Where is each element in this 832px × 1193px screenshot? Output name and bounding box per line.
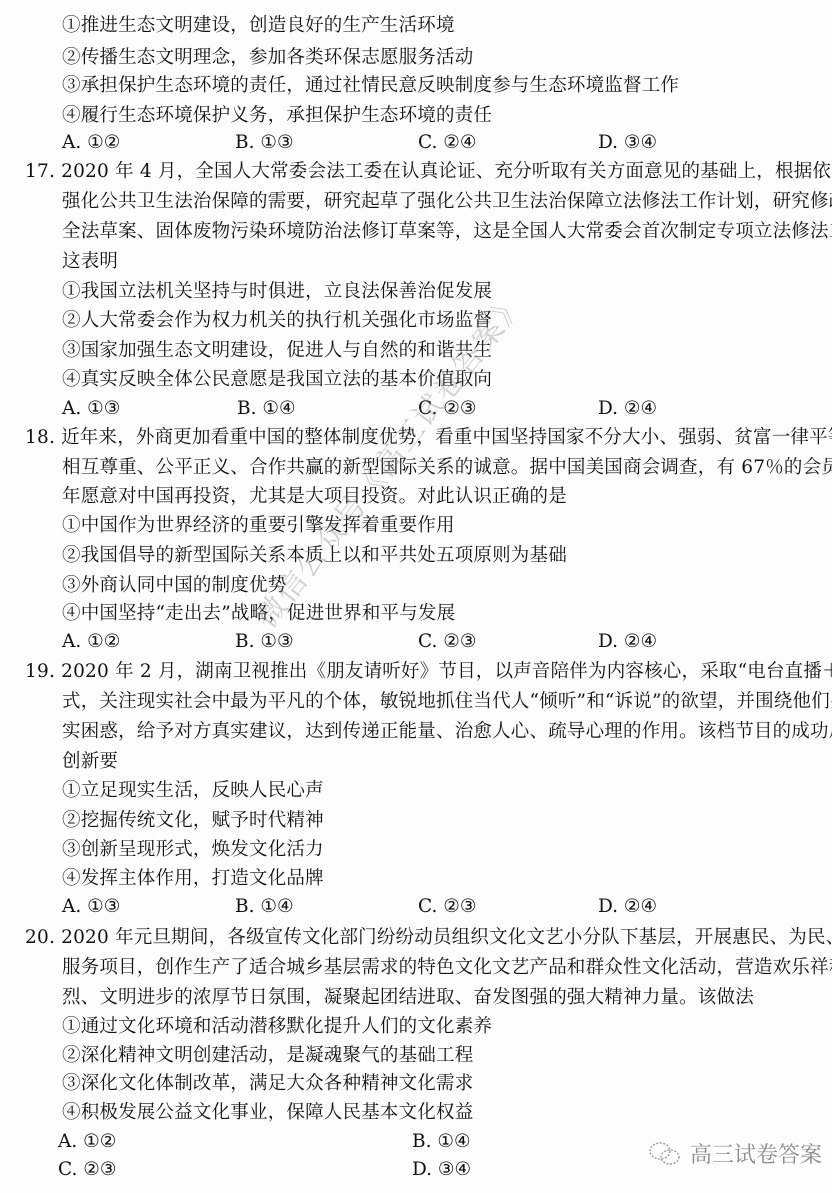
q19-option-4: ④发挥主体作用，打造文化品牌 — [62, 867, 324, 891]
q19-stem-line-1: 19. 2020 年 2 月，湖南卫视推出《朋友请听好》节目，以声音陪伴为内容核… — [25, 660, 832, 684]
q17-choice-b: B. ①④ — [237, 397, 296, 421]
q18-choice-a: A. ①② — [62, 630, 120, 654]
q20-choice-b: B. ①④ — [412, 1130, 471, 1154]
q18-choice-d: D. ②④ — [598, 630, 657, 654]
q16-choice-d: D. ③④ — [598, 131, 657, 155]
q17-choice-a: A. ①③ — [62, 397, 120, 421]
q18-option-1: ①中国作为世界经济的重要引擎发挥着重要作用 — [62, 514, 455, 538]
q19-choice-c: C. ②③ — [418, 895, 476, 919]
q20-stem-line-1: 20. 2020 年元旦期间，各级宣传文化部门纷纷动员组织文化文艺小分队下基层，… — [25, 926, 832, 950]
q20-choice-a: A. ①② — [58, 1130, 116, 1154]
q17-stem-line-3: 全法草案、固体废物污染环境防治法修订草案等，这是全国人大常委会首次制定专项立法修… — [62, 220, 832, 244]
q18-stem-line-2: 相互尊重、公平正义、合作共赢的新型国际关系的诚意。据中国美国商会调查，有 67％… — [62, 456, 832, 480]
q18-choice-b: B. ①③ — [235, 630, 294, 654]
q17-option-3: ③国家加强生态文明建设，促进人与自然的和谐共生 — [62, 339, 492, 363]
q16-option-4: ④履行生态环境保护义务，承担保护生态环境的责任 — [62, 104, 492, 128]
q16-choice-c: C. ②④ — [418, 131, 476, 155]
q19-option-1: ①立足现实生活，反映人民心声 — [62, 779, 324, 803]
q17-choice-d: D. ②④ — [598, 397, 657, 421]
q17-option-2: ②人大常委会作为权力机关的执行机关强化市场监督 — [62, 309, 492, 333]
q18-choice-c: C. ②③ — [418, 630, 476, 654]
q20-stem-line-2: 服务项目，创作生产了适合城乡基层需求的特色文化文艺产品和群众性文化活动，营造欢乐… — [62, 956, 832, 980]
brand-mark: 高三试卷答案 — [648, 1138, 822, 1169]
q19-choice-d: D. ②④ — [598, 895, 657, 919]
q19-stem-line-3: 实困惑，给予对方真实建议，达到传递正能量、治愈人心、疏导心理的作用。该档节目的成… — [62, 720, 832, 744]
q20-option-4: ④积极发展公益文化事业，保障人民基本文化权益 — [62, 1101, 473, 1125]
q19-stem-line-4: 创新要 — [62, 750, 118, 774]
q16-option-3: ③承担保护生态环境的责任，通过社情民意反映制度参与生态环境监督工作 — [62, 74, 679, 98]
q16-choice-a: A. ①② — [62, 131, 120, 155]
q20-stem-line-3: 烈、文明进步的浓厚节日氛围，凝聚起团结进取、奋发图强的强大精神力量。该做法 — [62, 986, 754, 1010]
q20-option-1: ①通过文化环境和活动潜移默化提升人们的文化素养 — [62, 1015, 492, 1039]
q19-option-3: ③创新呈现形式，焕发文化活力 — [62, 838, 324, 862]
q20-choice-d: D. ③④ — [412, 1158, 471, 1182]
q19-choice-a: A. ①③ — [62, 895, 120, 919]
q19-stem-line-2: 式，关注现实社会中最为平凡的个体，敏锐地抓住当代人“倾听”和“诉说”的欲望，并围… — [62, 690, 832, 714]
q17-stem-line-4: 这表明 — [62, 250, 118, 274]
q16-option-1: ①推进生态文明建设，创造良好的生产生活环境 — [62, 14, 455, 38]
q17-stem-line-1: 17. 2020 年 4 月，全国人大常委会法工委在认真论证、充分听取有关方面意… — [25, 160, 832, 184]
q18-stem-line-3: 年愿意对中国再投资，尤其是大项目投资。对此认识正确的是 — [62, 485, 567, 509]
q16-option-2: ②传播生态文明理念，参加各类环保志愿服务活动 — [62, 46, 473, 70]
q17-option-1: ①我国立法机关坚持与时俱进，立良法保善治促发展 — [62, 280, 492, 304]
q20-option-2: ②深化精神文明创建活动，是凝魂聚气的基础工程 — [62, 1044, 473, 1068]
q16-choice-b: B. ①③ — [235, 131, 294, 155]
brand-text: 高三试卷答案 — [690, 1138, 822, 1169]
q19-option-2: ②挖掘传统文化，赋予时代精神 — [62, 809, 324, 833]
exam-page: ①推进生态文明建设，创造良好的生产生活环境 ②传播生态文明理念，参加各类环保志愿… — [0, 0, 832, 1193]
q20-option-3: ③深化文化体制改革，满足大众各种精神文化需求 — [62, 1072, 473, 1096]
q19-choice-b: B. ①④ — [235, 895, 294, 919]
q20-choice-c: C. ②③ — [58, 1158, 116, 1182]
wechat-icon — [648, 1141, 682, 1167]
q17-stem-line-2: 强化公共卫生法治保障的需要，研究起草了强化公共卫生法治保障立法修法工作计划，研究… — [62, 190, 832, 214]
